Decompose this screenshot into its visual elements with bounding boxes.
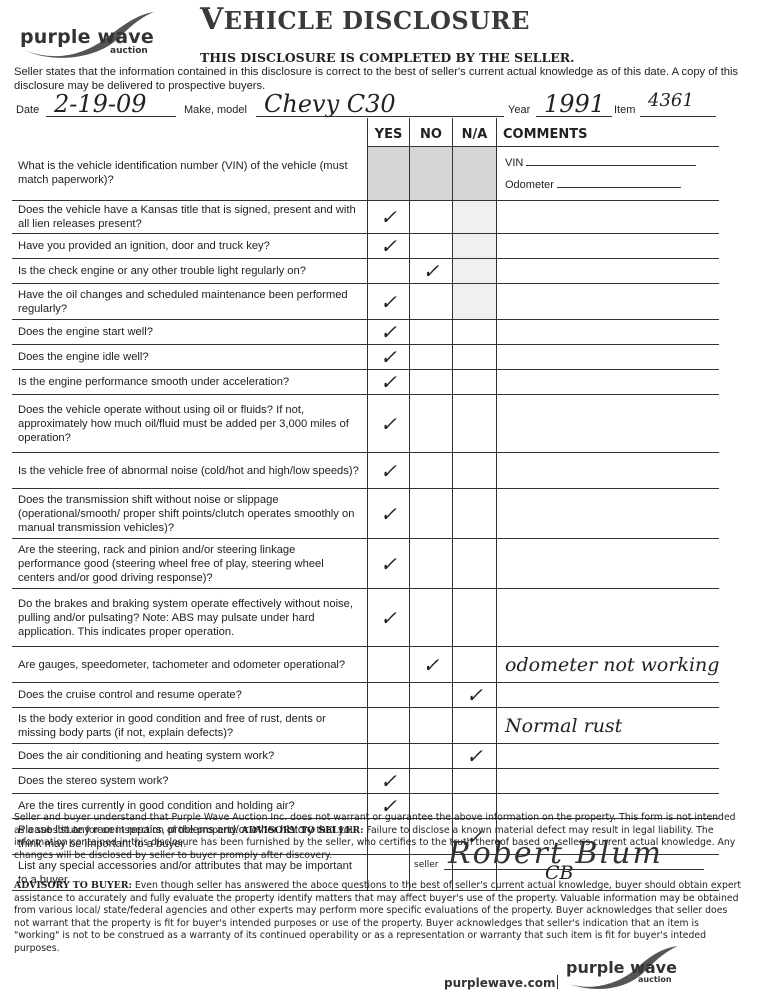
answer-na-checkbox[interactable] (453, 395, 497, 453)
odometer-field[interactable]: Odometer (505, 174, 719, 196)
question-text: Are the steering, rack and pinion and/or… (12, 539, 368, 589)
check-mark-icon: ✓ (380, 769, 397, 793)
answer-no-checkbox[interactable] (410, 539, 453, 589)
disclosure-table: YES NO N/A COMMENTS What is the vehicle … (12, 118, 719, 891)
answer-yes-checkbox[interactable] (368, 147, 410, 201)
question-text: Is the vehicle free of abnormal noise (c… (12, 453, 368, 489)
page-subtitle: THIS DISCLOSURE IS COMPLETED BY THE SELL… (200, 50, 575, 65)
question-text: Is the engine performance smooth under a… (12, 370, 368, 395)
answer-na-checkbox[interactable] (453, 370, 497, 395)
question-text: Do the brakes and braking system operate… (12, 589, 368, 647)
answer-na-checkbox[interactable] (453, 769, 497, 794)
check-mark-icon: ✓ (380, 552, 397, 576)
table-row: Does the vehicle operate without using o… (12, 395, 719, 453)
table-row: Does the vehicle have a Kansas title tha… (12, 201, 719, 234)
question-text: Have you provided an ignition, door and … (12, 234, 368, 259)
footer-divider (557, 975, 558, 989)
answer-no-checkbox[interactable] (410, 589, 453, 647)
question-text: Does the engine idle well? (12, 345, 368, 370)
comment-field[interactable] (497, 201, 720, 234)
answer-yes-checkbox[interactable] (368, 683, 410, 708)
comment-field[interactable] (497, 234, 720, 259)
table-row: Is the body exterior in good condition a… (12, 708, 719, 744)
answer-no-checkbox[interactable]: ✓ (410, 259, 453, 284)
check-mark-icon: ✓ (380, 606, 397, 630)
col-yes: YES (368, 118, 410, 147)
item-field[interactable]: 4361 (648, 90, 694, 111)
comment-field[interactable]: VIN Odometer (497, 147, 720, 201)
table-row: Does the air conditioning and heating sy… (12, 744, 719, 769)
answer-no-checkbox[interactable] (410, 395, 453, 453)
answer-yes-checkbox[interactable]: ✓ (368, 453, 410, 489)
comment-field[interactable] (497, 489, 720, 539)
answer-na-checkbox[interactable] (453, 234, 497, 259)
comment-field[interactable] (497, 320, 720, 345)
table-row: Are gauges, speedometer, tachometer and … (12, 647, 719, 683)
page-title: VEHICLE DISCLOSURE (200, 2, 530, 37)
item-label: Item (614, 104, 635, 116)
logo-brand: purple wave (20, 26, 154, 48)
question-text: Does the stereo system work? (12, 769, 368, 794)
answer-na-checkbox[interactable] (453, 345, 497, 370)
footer-logo: purple wave auction (562, 942, 697, 992)
table-row: Have the oil changes and scheduled maint… (12, 284, 719, 320)
year-field[interactable]: 1991 (544, 90, 605, 118)
check-mark-icon: ✓ (380, 205, 397, 229)
answer-yes-checkbox[interactable]: ✓ (368, 370, 410, 395)
answer-yes-checkbox[interactable]: ✓ (368, 345, 410, 370)
seller-label: seller (414, 860, 438, 870)
answer-na-checkbox[interactable]: ✓ (453, 683, 497, 708)
answer-yes-checkbox[interactable] (368, 647, 410, 683)
date-field[interactable]: 2-19-09 (54, 90, 147, 118)
answer-na-checkbox[interactable] (453, 320, 497, 345)
answer-yes-checkbox[interactable]: ✓ (368, 234, 410, 259)
answer-na-checkbox[interactable] (453, 489, 497, 539)
question-text: What is the vehicle identification numbe… (12, 147, 368, 201)
answer-na-checkbox[interactable] (453, 589, 497, 647)
question-text: Does the cruise control and resume opera… (12, 683, 368, 708)
question-text: Does the engine start well? (12, 320, 368, 345)
comment-field[interactable] (497, 539, 720, 589)
comment-field[interactable]: odometer not working (497, 647, 720, 683)
check-mark-icon: ✓ (380, 345, 397, 369)
answer-no-checkbox[interactable] (410, 201, 453, 234)
intro-text: Seller states that the information conta… (14, 65, 744, 93)
logo-sub: auction (110, 46, 148, 56)
answer-yes-checkbox[interactable]: ✓ (368, 489, 410, 539)
table-row: Does the engine idle well?✓ (12, 345, 719, 370)
answer-na-checkbox[interactable] (453, 708, 497, 744)
check-mark-icon: ✓ (423, 653, 440, 677)
comment-handwriting: odometer not working (505, 654, 719, 676)
answer-yes-checkbox[interactable]: ✓ (368, 201, 410, 234)
answer-yes-checkbox[interactable]: ✓ (368, 395, 410, 453)
check-mark-icon: ✓ (380, 459, 397, 483)
col-no: NO (410, 118, 453, 147)
check-mark-icon: ✓ (466, 683, 483, 707)
answer-no-checkbox[interactable] (410, 453, 453, 489)
make-label: Make, model (184, 104, 247, 116)
question-text: Does the air conditioning and heating sy… (12, 744, 368, 769)
answer-no-checkbox[interactable] (410, 370, 453, 395)
answer-no-checkbox[interactable] (410, 234, 453, 259)
check-mark-icon: ✓ (380, 234, 397, 258)
answer-na-checkbox[interactable] (453, 539, 497, 589)
table-row: Do the brakes and braking system operate… (12, 589, 719, 647)
check-mark-icon: ✓ (466, 744, 483, 768)
date-label: Date (16, 104, 39, 116)
table-row: Does the transmission shift without nois… (12, 489, 719, 539)
answer-no-checkbox[interactable] (410, 744, 453, 769)
seller-signature[interactable]: Robert Blum (448, 836, 663, 871)
comment-field[interactable] (497, 395, 720, 453)
answer-no-checkbox[interactable] (410, 147, 453, 201)
comment-field[interactable] (497, 259, 720, 284)
check-mark-icon: ✓ (380, 370, 397, 394)
answer-na-checkbox[interactable] (453, 284, 497, 320)
answer-no-checkbox[interactable] (410, 284, 453, 320)
table-row: Does the stereo system work?✓ (12, 769, 719, 794)
check-mark-icon: ✓ (380, 290, 397, 314)
question-text: Does the vehicle have a Kansas title tha… (12, 201, 368, 234)
question-text: Is the check engine or any other trouble… (12, 259, 368, 284)
check-mark-icon: ✓ (380, 502, 397, 526)
question-text: Are gauges, speedometer, tachometer and … (12, 647, 368, 683)
col-comments: COMMENTS (497, 118, 720, 147)
question-text: Does the transmission shift without nois… (12, 489, 368, 539)
check-mark-icon: ✓ (380, 320, 397, 344)
answer-no-checkbox[interactable] (410, 769, 453, 794)
answer-yes-checkbox[interactable] (368, 708, 410, 744)
answer-no-checkbox[interactable] (410, 683, 453, 708)
answer-no-checkbox[interactable]: ✓ (410, 647, 453, 683)
answer-yes-checkbox[interactable]: ✓ (368, 589, 410, 647)
answer-na-checkbox[interactable]: ✓ (453, 744, 497, 769)
answer-na-checkbox[interactable] (453, 259, 497, 284)
col-na: N/A (453, 118, 497, 147)
vin-field[interactable]: VIN (505, 152, 719, 174)
answer-na-checkbox[interactable] (453, 647, 497, 683)
answer-yes-checkbox[interactable]: ✓ (368, 284, 410, 320)
check-mark-icon: ✓ (423, 259, 440, 283)
answer-na-checkbox[interactable] (453, 147, 497, 201)
purple-wave-logo: purple wave auction (14, 6, 184, 58)
answer-no-checkbox[interactable] (410, 708, 453, 744)
comment-field[interactable] (497, 769, 720, 794)
comment-field[interactable] (497, 683, 720, 708)
answer-yes-checkbox[interactable] (368, 744, 410, 769)
comment-field[interactable] (497, 284, 720, 320)
table-row: Is the check engine or any other trouble… (12, 259, 719, 284)
comment-field[interactable] (497, 589, 720, 647)
table-row: Have you provided an ignition, door and … (12, 234, 719, 259)
vehicle-info-row: Date 2-19-09 Make, model Chevy C30 Year … (14, 92, 734, 118)
question-text: Is the body exterior in good condition a… (12, 708, 368, 744)
answer-no-checkbox[interactable] (410, 345, 453, 370)
table-row: Are the steering, rack and pinion and/or… (12, 539, 719, 589)
answer-na-checkbox[interactable] (453, 453, 497, 489)
table-row: Does the engine start well?✓ (12, 320, 719, 345)
answer-no-checkbox[interactable] (410, 489, 453, 539)
table-row: Is the engine performance smooth under a… (12, 370, 719, 395)
comment-field[interactable]: Normal rust (497, 708, 720, 744)
answer-no-checkbox[interactable] (410, 320, 453, 345)
answer-yes-checkbox[interactable]: ✓ (368, 769, 410, 794)
answer-yes-checkbox[interactable] (368, 259, 410, 284)
comment-field[interactable] (497, 744, 720, 769)
answer-na-checkbox[interactable] (453, 201, 497, 234)
footer-logo-sub: auction (638, 975, 672, 984)
footer-url-link[interactable]: purplewave.com (444, 976, 555, 990)
table-row: Does the cruise control and resume opera… (12, 683, 719, 708)
comment-field[interactable] (497, 345, 720, 370)
table-row: Is the vehicle free of abnormal noise (c… (12, 453, 719, 489)
table-header: YES NO N/A COMMENTS (12, 118, 719, 147)
check-mark-icon: ✓ (380, 412, 397, 436)
comment-field[interactable] (497, 370, 720, 395)
make-model-field[interactable]: Chevy C30 (264, 90, 396, 118)
question-text: Does the vehicle operate without using o… (12, 395, 368, 453)
year-label: Year (508, 104, 530, 116)
answer-yes-checkbox[interactable]: ✓ (368, 539, 410, 589)
table-row: What is the vehicle identification numbe… (12, 147, 719, 201)
comment-field[interactable] (497, 453, 720, 489)
answer-yes-checkbox[interactable]: ✓ (368, 320, 410, 345)
question-text: Have the oil changes and scheduled maint… (12, 284, 368, 320)
comment-handwriting: Normal rust (505, 715, 622, 737)
